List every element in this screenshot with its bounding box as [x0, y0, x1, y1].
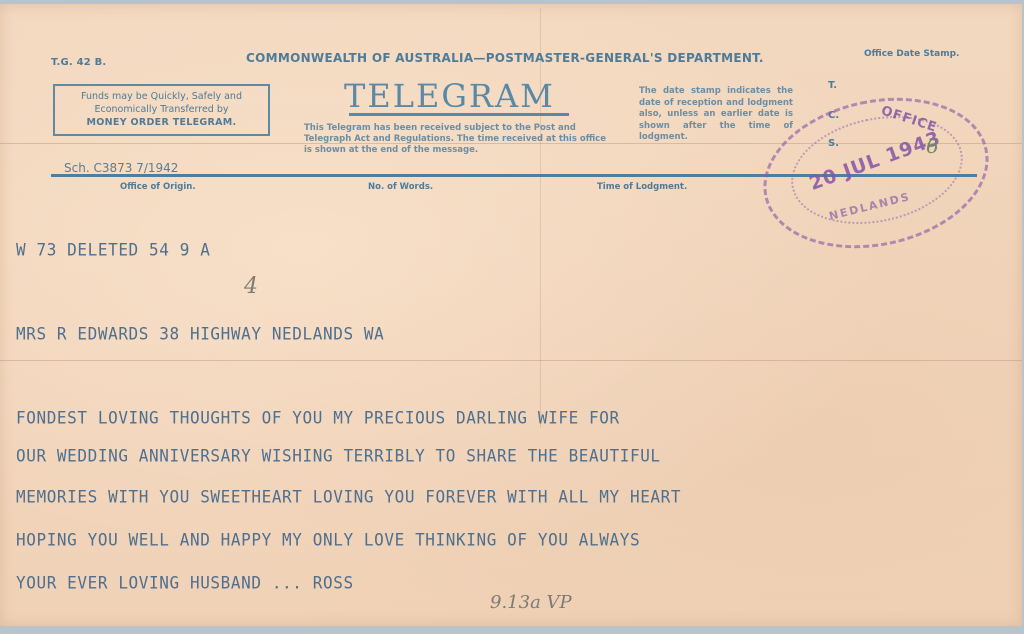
money-order-line-2: Economically Transferred by	[55, 103, 268, 116]
label-time-of-lodgment: Time of Lodgment.	[597, 182, 687, 192]
label-number-of-words: No. of Words.	[368, 182, 433, 192]
handwritten-word-count: 4	[244, 274, 258, 299]
date-stamp-note: The date stamp indicates the date of rec…	[639, 86, 793, 144]
money-order-box: Funds may be Quickly, Safely and Economi…	[53, 84, 270, 136]
handwritten-received-time: 9.13a VP	[490, 592, 572, 613]
department-heading: COMMONWEALTH OF AUSTRALIA—POSTMASTER-GEN…	[246, 51, 764, 65]
money-order-line-1: Funds may be Quickly, Safely and	[55, 90, 268, 103]
legal-notice: This Telegram has been received subject …	[304, 123, 614, 156]
message-header: W 73 DELETED 54 9 A	[16, 239, 210, 260]
message-line-4: HOPING YOU WELL AND HAPPY MY ONLY LOVE T…	[16, 529, 640, 550]
label-office-of-origin: Office of Origin.	[120, 182, 196, 192]
office-date-stamp-label: Office Date Stamp.	[864, 49, 959, 59]
money-order-line-3: MONEY ORDER TELEGRAM.	[55, 116, 268, 129]
stamp-handwritten-mark: 6	[926, 134, 939, 158]
title-underline	[349, 113, 569, 116]
message-line-2: OUR WEDDING ANNIVERSARY WISHING TERRIBLY…	[16, 445, 661, 466]
message-line-1: FONDEST LOVING THOUGHTS OF YOU MY PRECIO…	[16, 407, 620, 428]
recipient-address: MRS R EDWARDS 38 HIGHWAY NEDLANDS WA	[16, 323, 384, 344]
message-line-3: MEMORIES WITH YOU SWEETHEART LOVING YOU …	[16, 486, 681, 507]
fold-crease	[540, 8, 541, 428]
fold-crease	[0, 360, 1022, 361]
schedule-number: Sch. C3873 7/1942	[64, 161, 178, 175]
message-line-5: YOUR EVER LOVING HUSBAND ... ROSS	[16, 572, 354, 593]
form-code: T.G. 42 B.	[51, 57, 106, 68]
telegram-title: TELEGRAM	[344, 77, 555, 115]
side-letter-t: T.	[828, 80, 837, 91]
